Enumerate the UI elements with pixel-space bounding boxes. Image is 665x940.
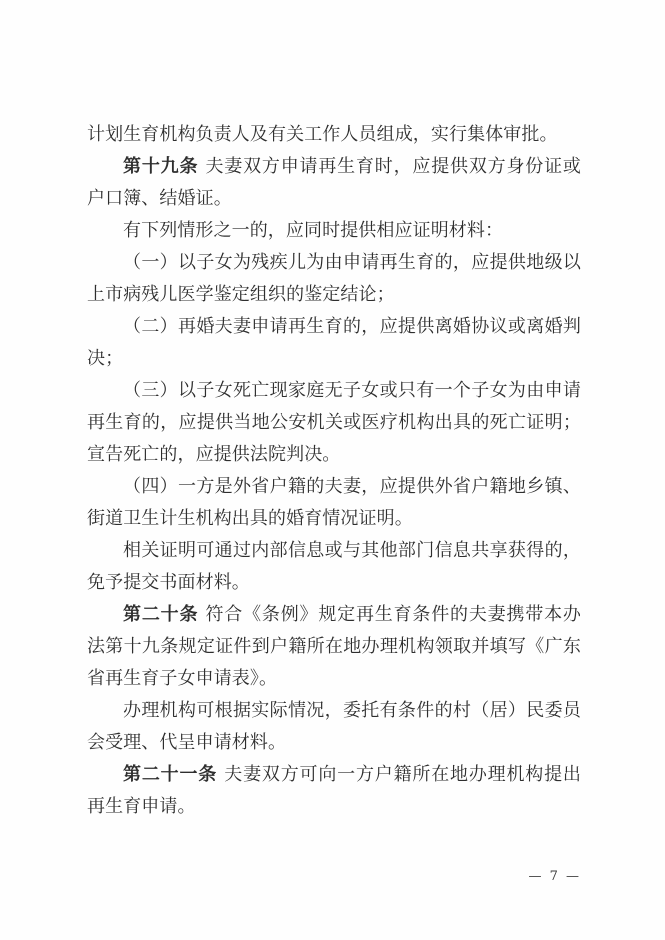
paragraph: （四）一方是外省户籍的夫妻，应提供外省户籍地乡镇、街道卫生计生机构出具的婚育情况… — [87, 471, 581, 535]
paragraph: 计划生育机构负责人及有关工作人员组成，实行集体审批。 — [87, 119, 581, 151]
paragraph-text: （二）再婚夫妻申请再生育的，应提供离婚协议或离婚判决； — [87, 316, 581, 369]
paragraph: 有下列情形之一的，应同时提供相应证明材料： — [87, 215, 581, 247]
paragraph: 第十九条夫妻双方申请再生育时，应提供双方身份证或户口簿、结婚证。 — [87, 151, 581, 215]
document-body: 计划生育机构负责人及有关工作人员组成，实行集体审批。 第十九条夫妻双方申请再生育… — [87, 119, 581, 823]
paragraph: （一）以子女为残疾儿为由申请再生育的，应提供地级以上市病残儿医学鉴定组织的鉴定结… — [87, 247, 581, 311]
page-number: — 7 — — [528, 869, 581, 884]
paragraph: （三）以子女死亡现家庭无子女或只有一个子女为由申请再生育的，应提供当地公安机关或… — [87, 375, 581, 471]
paragraph: 第二十条符合《条例》规定再生育条件的夫妻携带本办法第十九条规定证件到户籍所在地办… — [87, 599, 581, 695]
paragraph-text: （一）以子女为残疾儿为由申请再生育的，应提供地级以上市病残儿医学鉴定组织的鉴定结… — [87, 252, 581, 305]
paragraph-text: 办理机构可根据实际情况，委托有条件的村（居）民委员会受理、代呈申请材料。 — [87, 700, 581, 753]
paragraph: 办理机构可根据实际情况，委托有条件的村（居）民委员会受理、代呈申请材料。 — [87, 695, 581, 759]
paragraph-text: 有下列情形之一的，应同时提供相应证明材料： — [123, 220, 503, 241]
paragraph: （二）再婚夫妻申请再生育的，应提供离婚协议或离婚判决； — [87, 311, 581, 375]
paragraph-text: 相关证明可通过内部信息或与其他部门信息共享获得的，免予提交书面材料。 — [87, 540, 581, 593]
paragraph: 第二十一条夫妻双方可向一方户籍所在地办理机构提出再生育申请。 — [87, 759, 581, 823]
article-number: 第二十一条 — [123, 764, 217, 785]
paragraph: 相关证明可通过内部信息或与其他部门信息共享获得的，免予提交书面材料。 — [87, 535, 581, 599]
paragraph-text: 计划生育机构负责人及有关工作人员组成，实行集体审批。 — [87, 124, 558, 145]
article-number: 第二十条 — [123, 604, 198, 625]
paragraph-text: （三）以子女死亡现家庭无子女或只有一个子女为由申请再生育的，应提供当地公安机关或… — [87, 380, 581, 465]
document-page: 计划生育机构负责人及有关工作人员组成，实行集体审批。 第十九条夫妻双方申请再生育… — [0, 0, 665, 940]
article-number: 第十九条 — [123, 156, 198, 177]
paragraph-text: （四）一方是外省户籍的夫妻，应提供外省户籍地乡镇、街道卫生计生机构出具的婚育情况… — [87, 476, 581, 529]
